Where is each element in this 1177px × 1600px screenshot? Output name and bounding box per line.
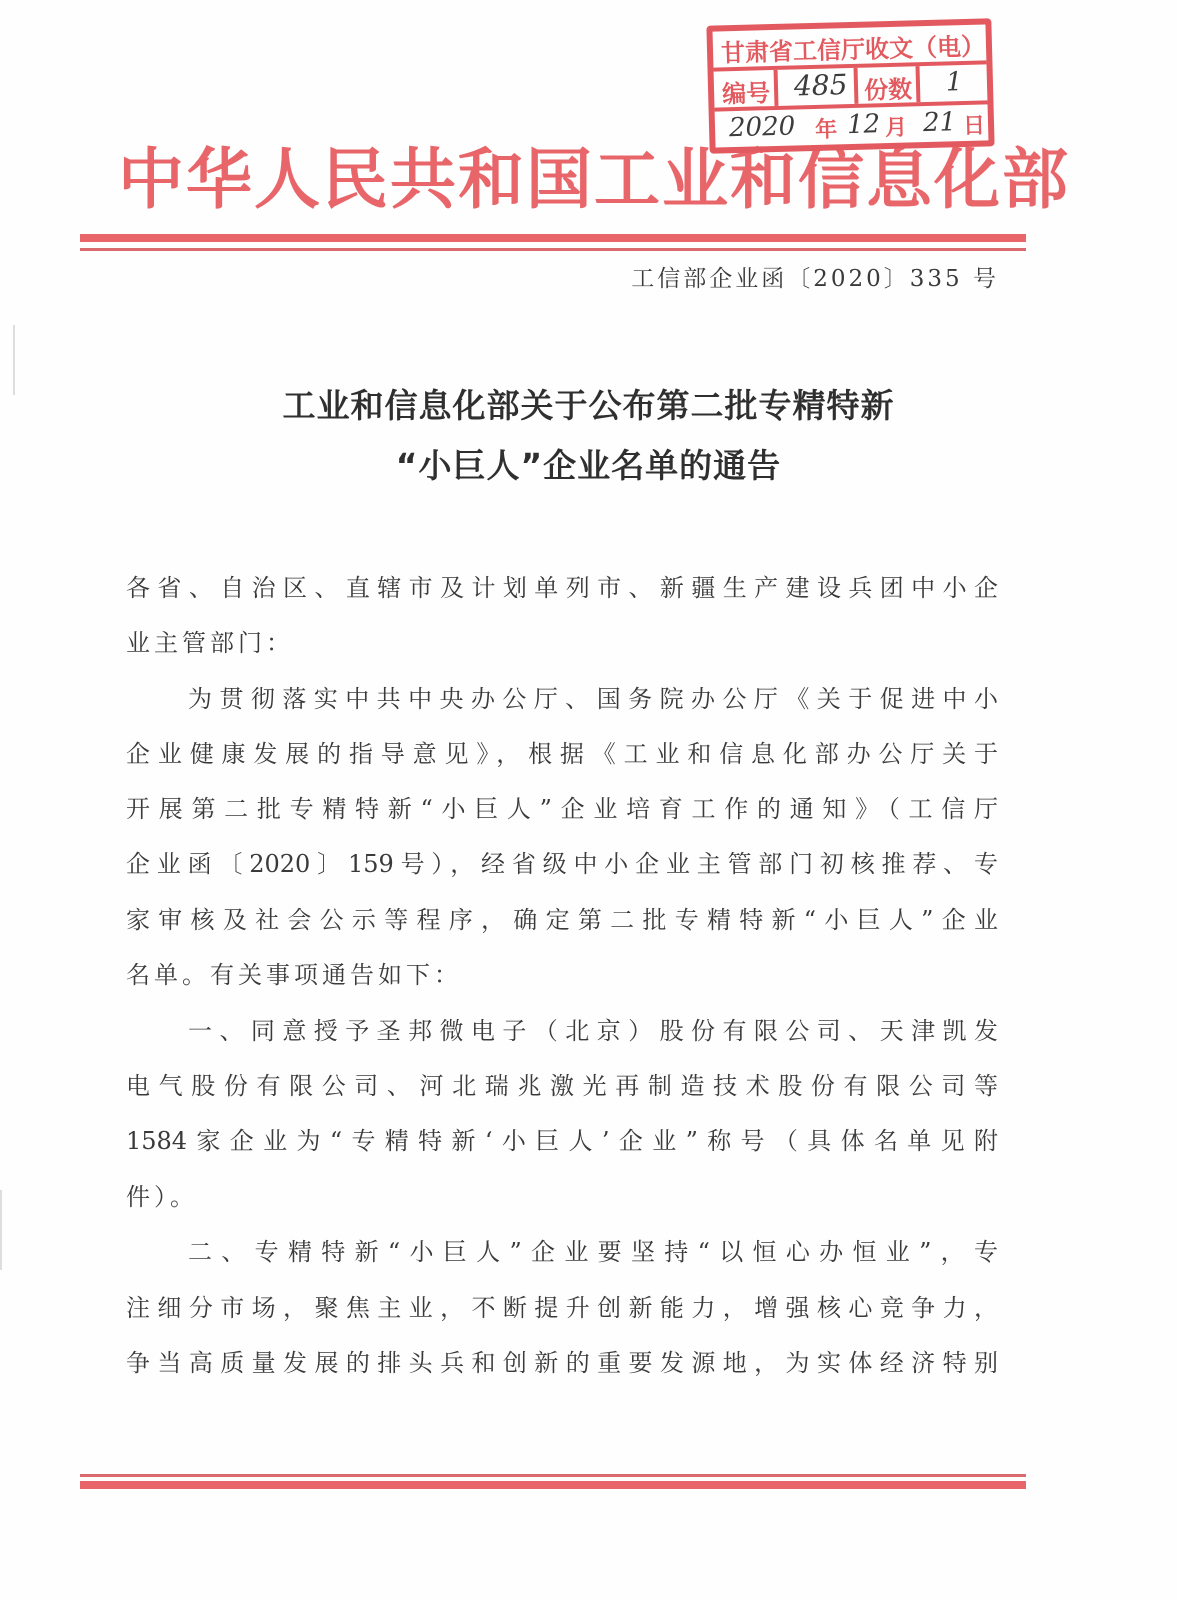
top-rule-thick [80,234,1026,242]
body-line: 1584家企业为“专精特新‘小巨人’企业”称号（具体名单见附 [126,1124,998,1158]
bottom-rule-thick [80,1481,1026,1489]
masthead-title: 中华人民共和国工业和信息化部 [118,140,998,220]
stamp-date-row: 2020 年 12 月 21 日 [715,104,989,149]
stamp-divider [916,66,921,102]
received-stamp: 甘肃省工信厅收文（电） 编号 485 份数 1 2020 年 12 月 21 日 [706,18,994,153]
stamp-year-label: 年 [815,112,838,144]
body-line: 电气股份有限公司、河北瑞兆激光再制造技术股份有限公司等 [126,1069,998,1103]
body-line: 一、同意授予圣邦微电子（北京）股份有限公司、天津凯发 [188,1014,998,1048]
body-line: 争当高质量发展的排头兵和创新的重要发源地，为实体经济特别 [126,1346,998,1380]
body-line: 件）。 [126,1180,998,1214]
document-number: 工信部企业函〔2020〕335 号 [631,262,999,296]
top-rule-thin [80,248,1026,251]
notice-title-line-1: 工业和信息化部关于公布第二批专精特新 [0,380,1177,427]
stamp-month-value: 12 [847,109,881,140]
bottom-rule-thin [80,1474,1026,1477]
stamp-day-label: 日 [963,108,986,140]
body-line: 企业函〔2020〕159号），经省级中小企业主管部门初核推荐、专 [126,847,998,881]
body-line: 开展第二批专精特新“小巨人”企业培育工作的通知》（工信厅 [126,792,998,826]
stamp-copies-label: 份数 [864,69,913,105]
stamp-number-label: 编号 [722,73,771,109]
stamp-divider [774,70,779,106]
stamp-copies-value: 1 [946,67,963,97]
stamp-divider [854,68,859,104]
body-line: 企业健康发展的指导意见》，根据《工业和信息化部办公厅关于 [126,737,998,771]
body-line: 为贯彻落实中共中央办公厅、国务院办公厅《关于促进中小 [188,682,998,716]
body-line: 业主管部门： [126,626,998,660]
scan-artifact [0,1190,2,1270]
stamp-day-value: 21 [923,107,957,138]
stamp-number-value: 485 [794,68,848,102]
body-line: 二、专精特新“小巨人”企业要坚持“以恒心办恒业”，专 [188,1235,998,1269]
body-line: 各省、自治区、直辖市及计划单列市、新疆生产建设兵团中小企 [126,571,998,605]
body-line: 注细分市场，聚焦主业，不断提升创新能力，增强核心竞争力， [126,1291,998,1325]
stamp-header: 甘肃省工信厅收文（电） [721,26,986,68]
scan-artifact [13,325,15,395]
document-page: 中华人民共和国工业和信息化部 甘肃省工信厅收文（电） 编号 485 份数 1 2… [0,0,1177,1600]
stamp-month-label: 月 [885,111,908,143]
body-line: 家审核及社会公示等程序，确定第二批专精特新“小巨人”企业 [126,903,998,937]
stamp-year-value: 2020 [729,111,796,143]
body-line: 名单。有关事项通告如下： [126,958,998,992]
notice-title-line-2: “小巨人”企业名单的通告 [0,440,1177,487]
